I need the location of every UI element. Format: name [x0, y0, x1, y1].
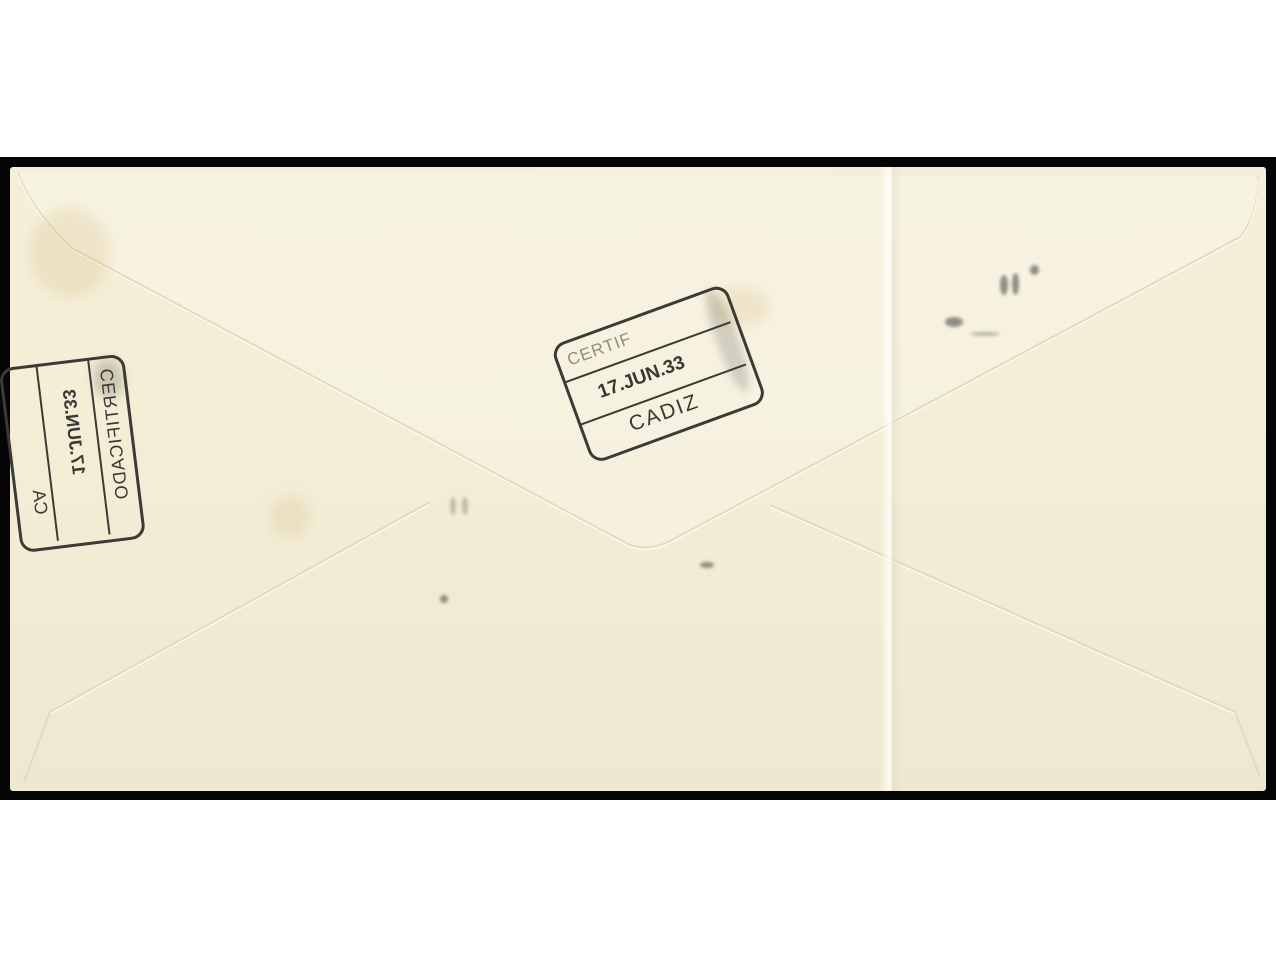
ink-smudge [1012, 273, 1019, 295]
age-stain [270, 497, 310, 537]
vertical-crease [880, 167, 902, 791]
age-stain [30, 207, 110, 297]
ink-smudge [1000, 275, 1008, 295]
ink-smudge [945, 317, 963, 327]
ink-smudge [1030, 265, 1039, 275]
ink-smudge [970, 332, 1000, 336]
ink-smudge [450, 497, 456, 515]
ink-smudge [462, 497, 468, 515]
postmark-certificado: CERTIFICADO 17.JUN.33 CA [0, 348, 151, 552]
envelope-fold-lines [10, 167, 1266, 791]
ink-smudge [700, 562, 714, 568]
postmark-city: CA [28, 489, 52, 516]
envelope-back [10, 167, 1266, 791]
ink-smudge [440, 595, 448, 603]
